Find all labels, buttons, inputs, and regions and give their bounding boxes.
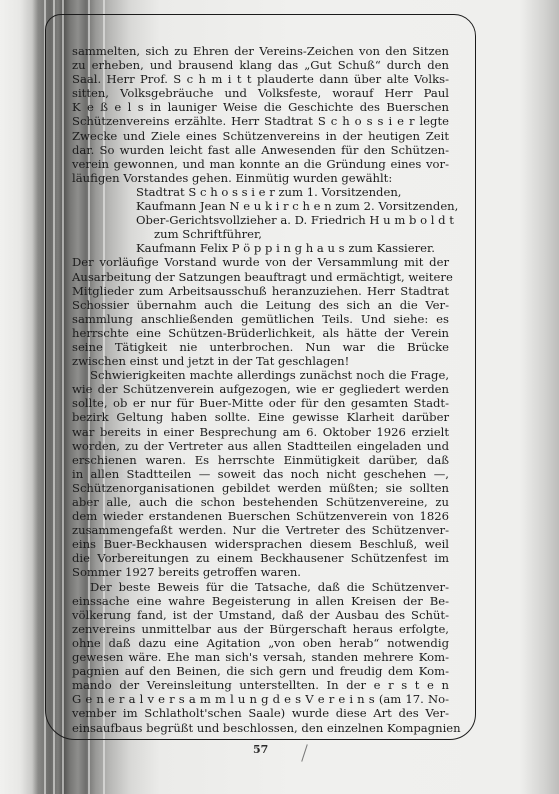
text-line: sitten, Volksgebräuche und Volksfeste, w… — [72, 86, 449, 100]
text-line: zum Schriftführer, — [72, 227, 449, 241]
text-line: dem wieder erstandenen Buerschen Schütze… — [72, 509, 449, 523]
text-line: sollte, ob er nur für Buer-Mitte oder fü… — [72, 396, 449, 410]
text-line: Schwierigkeiten machte allerdings zunäch… — [72, 368, 449, 382]
text-line: Zwecke und Ziele eines Schützenvereins i… — [72, 129, 449, 143]
text-line: erschienen waren. Es herrschte Einmütigk… — [72, 453, 449, 467]
text-line: zwischen einst und jetzt in der Tat gesc… — [72, 354, 449, 368]
text-line: sammelten, sich zu Ehren der Vereins-Zei… — [72, 44, 449, 58]
text-line: Sommer 1927 bereits getroffen waren. — [72, 565, 449, 579]
text-line: K e ß e l s in launiger Weise die Geschi… — [72, 100, 449, 114]
text-line: läufigen Vorstandes gehen. Einmütig wurd… — [72, 171, 449, 185]
text-line: ohne daß dazu eine Agitation „von oben h… — [72, 636, 449, 650]
pencil-mark — [301, 744, 308, 761]
text-line: aber alle, auch die schon bestehenden Sc… — [72, 495, 449, 509]
text-line: in allen Stadtteilen — soweit das noch n… — [72, 467, 449, 481]
text-line: Schützenvereins erzählte. Herr Stadtrat … — [72, 114, 449, 128]
text-line: einssache eine wahre Begeisterung in all… — [72, 594, 449, 608]
text-line: Schützenorganisationen gebildet werden m… — [72, 481, 449, 495]
text-line: vember im Schlatholt'schen Saale) wurde … — [72, 706, 449, 720]
text-line: gewesen wäre. Ehe man sich's versah, sta… — [72, 650, 449, 664]
text-line: eins Buer-Beckhausen widersprachen diese… — [72, 537, 449, 551]
text-line: Mitglieder zum Arbeitsausschuß heranzuzi… — [72, 284, 449, 298]
text-line: verein gewonnen, und man konnte an die G… — [72, 157, 449, 171]
text-line: Der vorläufige Vorstand wurde von der Ve… — [72, 255, 449, 269]
text-line: die Vorbereitungen zu einem Beckhausener… — [72, 551, 449, 565]
text-line: seine Tätigkeit nie unterbrochen. Nun wa… — [72, 340, 449, 354]
scanned-page: sammelten, sich zu Ehren der Vereins-Zei… — [0, 0, 559, 794]
text-line: war bereits in einer Besprechung am 6. O… — [72, 425, 449, 439]
text-line: Ober-Gerichtsvollzieher a. D. Friedrich … — [72, 213, 449, 227]
text-line: zenvereins unmittelbar aus der Bürgersch… — [72, 622, 449, 636]
text-line: Kaufmann Jean N e u k i r c h e n zum 2.… — [72, 199, 449, 213]
text-line: Der beste Beweis für die Tatsache, daß d… — [72, 580, 449, 594]
text-line: zu erheben, und brausend klang das „Gut … — [72, 58, 449, 72]
body-text: sammelten, sich zu Ehren der Vereins-Zei… — [72, 44, 449, 735]
text-line: mando der Vereinsleitung unterstellten. … — [72, 678, 449, 692]
text-line: sammlung anschließenden gemütlichen Teil… — [72, 312, 449, 326]
text-line: Schossier übernahm auch die Leitung des … — [72, 298, 449, 312]
text-line: worden, zu der Vertreter aus allen Stadt… — [72, 439, 449, 453]
page-number: 57 — [253, 743, 268, 756]
text-line: pagnien auf den Beinen, die sich gern un… — [72, 664, 449, 678]
text-line: herrschte eine Schützen-Brüderlichkeit, … — [72, 326, 449, 340]
text-line: wie der Schützenverein aufgezogen, wie e… — [72, 382, 449, 396]
text-line: Saal. Herr Prof. S c h m i t t plauderte… — [72, 72, 449, 86]
text-line: dar. So wurden leicht fast alle Anwesend… — [72, 143, 449, 157]
text-line: G e n e r a l v e r s a m m l u n g d e … — [72, 692, 449, 706]
text-line: Ausarbeitung der Satzungen beauftragt un… — [72, 270, 449, 284]
text-line: Stadtrat S c h o s s i e r zum 1. Vorsit… — [72, 185, 449, 199]
text-line: einsaufbaus begrüßt und beschlossen, den… — [72, 721, 449, 735]
text-line: Kaufmann Felix P ö p p i n g h a u s zum… — [72, 241, 449, 255]
text-line: völkerung fand, ist der Umstand, daß der… — [72, 608, 449, 622]
text-line: bezirk Geltung haben sollte. Eine gewiss… — [72, 410, 449, 424]
text-line: zusammengefaßt werden. Nur die Vertreter… — [72, 523, 449, 537]
